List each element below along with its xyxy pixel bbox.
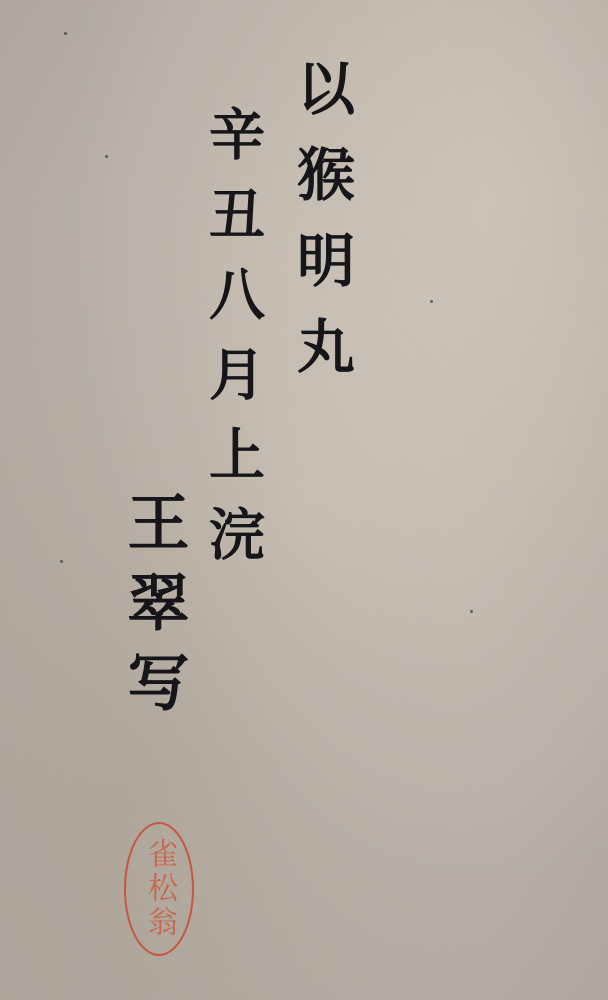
paper-speck — [430, 300, 433, 303]
inscription-column-1: 以猴明丸 — [292, 58, 350, 402]
seal-text: 雀松翁 — [137, 838, 181, 940]
paper-speck — [470, 610, 473, 613]
paper-speck — [105, 155, 108, 158]
paper-speck — [64, 32, 67, 35]
paper-background: 以猴明丸 辛丑八月上浣 王翠写 雀松翁 — [0, 0, 608, 1000]
inscription-column-2-date: 辛丑八月上浣 — [205, 105, 261, 585]
inscription-column-3-signature: 王翠写 — [122, 490, 184, 730]
paper-speck — [60, 560, 63, 563]
red-seal-stamp: 雀松翁 — [124, 822, 194, 956]
